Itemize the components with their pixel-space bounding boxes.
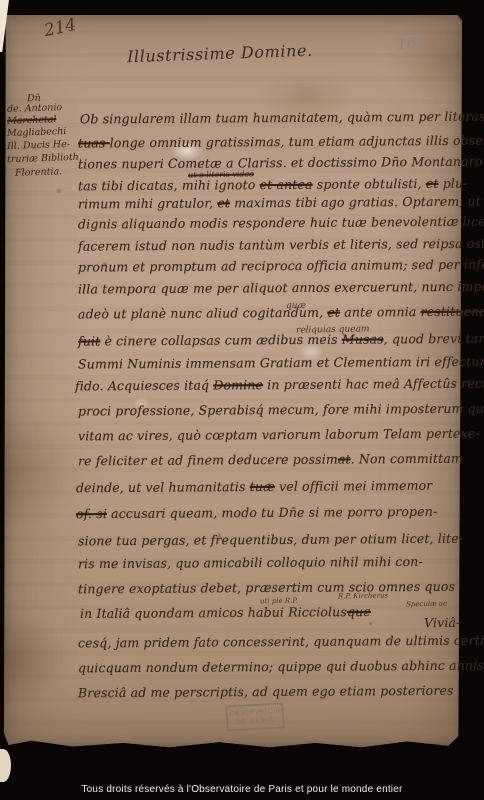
manuscript-line: illa tempora quæ me per aliquot annos ex… [78, 278, 484, 296]
manuscript-line: Viviâ- [424, 615, 461, 630]
struck-text: restituenda [421, 304, 484, 320]
line-text: in Italiâ quondam amicos habui Ricciolus [80, 604, 347, 621]
struck-text: que [347, 604, 371, 619]
interlinear-annotation: reliquias queam [296, 324, 370, 335]
manuscript-line: dignis aliquando modis respondere huic t… [78, 213, 484, 231]
line-text: plu- [438, 176, 467, 191]
line-text: vitam ac vires, quò cœptam variorum labo… [78, 426, 480, 444]
line-text: accusari queam, modo tu Dn̄e si me porro… [107, 504, 437, 521]
manuscript-line: Summi Numinis immensam Gratiam et Clemen… [78, 353, 484, 371]
manuscript-line: vitam ac vires, quò cœptam variorum labo… [78, 426, 480, 444]
line-text: sione tua pergas, et frequentibus, dum p… [78, 531, 463, 549]
manuscript-line: facerem istud non nudis tantùm verbis et… [78, 235, 484, 253]
struck-text: at [338, 451, 351, 466]
line-text: proci professione, Sperabisq́ mecum, for… [78, 401, 484, 419]
interlinear-annotation: ut e literis video [188, 169, 254, 179]
struck-text: Domine [213, 377, 263, 392]
line-text: in præsenti hac meâ Affectûs reci- [263, 376, 484, 393]
line-text: Ob singularem illam tuam humanitatem, qu… [80, 109, 484, 127]
line-text: ante omnia [340, 304, 421, 320]
line-text: maximas tibi ago gratias. Optarem, ut [230, 194, 481, 211]
interlinear-annotation: uti pie R.P. [260, 597, 298, 606]
struck-text: tuæ [250, 479, 275, 494]
adjacent-page-curl [0, 749, 11, 782]
manuscript-line: deinde, ut vel humanitatis tuæ vel offic… [76, 478, 432, 495]
manuscript-line: rimum mihi gratulor, et maximas tibi ago… [78, 194, 481, 212]
line-text: tingere exoptatius debet, præsertim cum … [78, 579, 455, 597]
manuscript-line: re feliciter et ad finem deducere possim… [78, 451, 463, 469]
stamp-line-2: DE PARIS [230, 717, 280, 727]
line-text: vel officii mei immemor [275, 478, 433, 494]
line-text: longe omnium gratissimas, tum etiam adju… [110, 132, 484, 150]
margin-note-line: Marchetal [7, 114, 57, 127]
stamp-line-1: OBSERVATOIRE [230, 708, 280, 718]
margin-note-line: Florentia. [15, 166, 63, 179]
margin-note-line: de. Antonio [7, 102, 62, 115]
line-text: illa tempora quæ me per aliquot annos ex… [78, 278, 484, 296]
manuscript-line: in Italiâ quondam amicos habui Ricciolus… [80, 604, 371, 621]
manuscript-line: pronum et promptum ad reciproca officia … [78, 256, 484, 274]
struck-text: of. si [76, 506, 107, 521]
line-text: facerem istud non nudis tantùm verbis et… [78, 235, 484, 253]
manuscript-line: Bresciâ ad me perscriptis, ad quem ego e… [78, 683, 454, 701]
struck-text: et [217, 195, 230, 210]
manuscript-line: tuas longe omnium gratissimas, tum etiam… [78, 132, 484, 150]
line-text: tas tibi dicatas, mihi ignoto [78, 177, 260, 193]
manuscript-line: of. si accusari queam, modo tu Dn̄e si m… [76, 504, 437, 522]
struck-text: et antea [260, 177, 313, 192]
line-text: cesq́, jam pridem fato concesserint, qua… [78, 633, 484, 651]
line-text: re feliciter et ad finem deducere possim [78, 452, 338, 469]
manuscript-line: proci professione, Sperabisq́ mecum, for… [78, 401, 484, 419]
line-text: quicquam nondum determino; quippe qui du… [78, 658, 484, 676]
manuscript-line: tingere exoptatius debet, præsertim cum … [78, 579, 455, 597]
margin-note-line: Magliabechi [7, 126, 67, 139]
struck-text: et [327, 305, 340, 320]
manuscript-line: ris me invisas, quo amicabili colloquio … [78, 554, 423, 571]
line-text: . Non committam [351, 451, 463, 467]
manuscript-line: cesq́, jam pridem fato concesserint, qua… [78, 633, 484, 651]
line-text: , quod brevi tamen per [384, 330, 484, 346]
manuscript-line: sione tua pergas, et frequentibus, dum p… [78, 531, 463, 549]
line-text: rimum mihi gratulor, [78, 195, 217, 211]
line-text: Summi Numinis immensam Gratiam et Clemen… [78, 353, 484, 371]
copyright-banner: Tous droits réservés à l'Observatoire de… [0, 784, 484, 795]
manuscript-line: adeò ut planè nunc aliud cogitandum, et … [78, 304, 484, 322]
interlinear-annotation: quæ [286, 301, 306, 311]
line-text: tiones nuperi Cometæ a Clariss. et docti… [78, 153, 484, 171]
line-text: sponte obtulisti, [313, 176, 426, 192]
struck-text: et [426, 176, 439, 191]
manuscript-line: Ob singularem illam tuam humanitatem, qu… [80, 109, 484, 127]
line-text: Viviâ- [424, 615, 461, 630]
manuscript-line: quicquam nondum determino; quippe qui du… [78, 658, 484, 676]
line-text: dignis aliquando modis respondere huic t… [78, 213, 484, 231]
line-text: fido. Acquiesces itaq́ [75, 377, 213, 393]
struck-text: fuit [78, 333, 100, 348]
manuscript-line: fuit è cinere collapsas cum ædibus meis … [78, 330, 484, 348]
interlinear-annotation: Speculæ ac [406, 600, 447, 609]
interlinear-annotation: R.P. Kircherus [338, 592, 388, 601]
manuscript-line: tas tibi dicatas, mihi ignoto et antea s… [78, 176, 468, 194]
manuscript-line: fido. Acquiesces itaq́ Domine in præsent… [75, 376, 484, 394]
struck-text: tuas [78, 135, 110, 150]
line-text: ris me invisas, quo amicabili colloquio … [78, 554, 423, 571]
scanned-manuscript-page: 214 168 Illustrissime Domine. Dn̄de. Ant… [0, 0, 484, 800]
line-text: deinde, ut vel humanitatis [76, 479, 250, 495]
manuscript-line: tiones nuperi Cometæ a Clariss. et docti… [78, 153, 484, 171]
line-text: Bresciâ ad me perscriptis, ad quem ego e… [78, 683, 454, 701]
line-text: pronum et promptum ad reciproca officia … [78, 256, 484, 274]
observatoire-stamp: OBSERVATOIRE DE PARIS [225, 703, 284, 732]
margin-note-line: Ill. Ducis He- [7, 139, 70, 152]
folio-number-pencil: 168 [396, 33, 426, 54]
